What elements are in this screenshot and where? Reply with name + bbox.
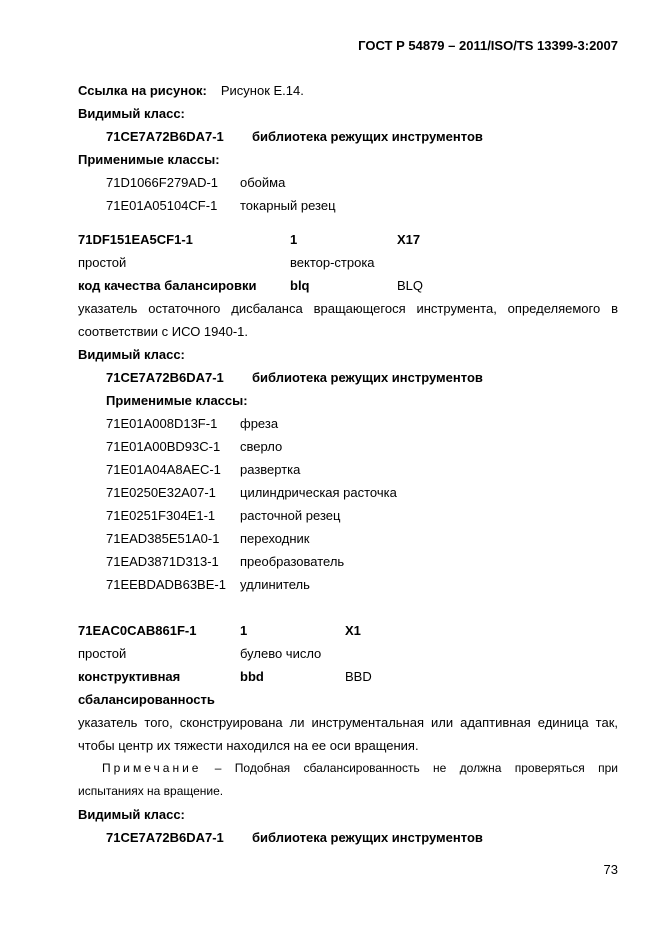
document-content: Ссылка на рисунок:Рисунок Е.14. Видимый … <box>78 79 618 849</box>
class-id: 71CE7A72B6DA7-1 <box>106 125 252 148</box>
applicable-class-row: 71E01A00BD93C-1сверло <box>78 435 618 458</box>
document-page: ГОСТ Р 54879 – 2011/ISO/TS 13399-3:2007 … <box>0 0 662 935</box>
class-name: фреза <box>240 416 278 431</box>
attribute-abbr: blq <box>290 274 397 297</box>
attribute-abbr-upper: BBD <box>345 669 372 684</box>
applicable-class-row: 71E0251F304E1-1расточной резец <box>78 504 618 527</box>
attribute1-description-line1: указатель остаточного дисбаланса вращающ… <box>78 297 618 320</box>
page-number: 73 <box>604 858 618 881</box>
class-id: 71E0250E32A07-1 <box>106 481 240 504</box>
applicable-class-row: 71E01A05104CF-1токарный резец <box>78 194 618 217</box>
note-text: – Подобная сбалансированность не должна … <box>215 761 618 775</box>
visible-class-row: 71CE7A72B6DA7-1библиотека режущих инстру… <box>78 125 618 148</box>
figure-reference-label: Ссылка на рисунок: <box>78 83 207 98</box>
class-name: библиотека режущих инструментов <box>252 370 483 385</box>
class-name: преобразователь <box>240 554 344 569</box>
applicable-classes-label: Применимые классы: <box>78 389 618 412</box>
class-name: библиотека режущих инструментов <box>252 129 483 144</box>
attribute-name-line1: конструктивная <box>78 665 240 688</box>
attribute2-description-line1: указатель того, сконструирована ли инстр… <box>78 711 618 734</box>
attribute2-id-row: 71EAC0CAB861F-11X1 <box>78 619 618 642</box>
applicable-class-row: 71E0250E32A07-1цилиндрическая расточка <box>78 481 618 504</box>
class-name: удлинитель <box>240 577 310 592</box>
attribute1-id-row: 71DF151EA5CF1-11X17 <box>78 228 618 251</box>
class-id: 71EAD385E51A0-1 <box>106 527 240 550</box>
class-id: 71CE7A72B6DA7-1 <box>106 366 252 389</box>
attribute-kind: простой <box>78 251 290 274</box>
attribute-cardinality: 1 <box>240 619 345 642</box>
class-name: токарный резец <box>240 198 336 213</box>
attribute-kind: простой <box>78 642 240 665</box>
applicable-class-row: 71E01A008D13F-1фреза <box>78 412 618 435</box>
applicable-class-row: 71EAD385E51A0-1переходник <box>78 527 618 550</box>
attribute-datatype: вектор-строка <box>290 255 375 270</box>
attribute-code: X1 <box>345 623 361 638</box>
visible-class-label: Видимый класс: <box>78 102 618 125</box>
applicable-class-row: 71EEBDADB63BE-1удлинитель <box>78 573 618 596</box>
attribute-abbr: bbd <box>240 665 345 688</box>
attribute-name: код качества балансировки <box>78 274 290 297</box>
attribute-abbr-upper: BLQ <box>397 278 423 293</box>
attribute2-name-row: конструктивнаяbbdBBD <box>78 665 618 688</box>
class-id: 71EAD3871D313-1 <box>106 550 240 573</box>
applicable-class-row: 71D1066F279AD-1обойма <box>78 171 618 194</box>
figure-reference-value: Рисунок Е.14. <box>221 83 304 98</box>
visible-class-label: Видимый класс: <box>78 343 618 366</box>
class-id: 71D1066F279AD-1 <box>106 171 240 194</box>
figure-reference-line: Ссылка на рисунок:Рисунок Е.14. <box>78 79 618 102</box>
attribute1-type-row: простойвектор-строка <box>78 251 618 274</box>
applicable-classes-label: Применимые классы: <box>78 148 618 171</box>
class-id: 71E0251F304E1-1 <box>106 504 240 527</box>
attribute-id: 71EAC0CAB861F-1 <box>78 619 240 642</box>
visible-class-row: 71CE7A72B6DA7-1библиотека режущих инстру… <box>78 826 618 849</box>
visible-class-row: 71CE7A72B6DA7-1библиотека режущих инстру… <box>78 366 618 389</box>
note-keyword: Примечание <box>102 761 201 775</box>
attribute2-description-line2: чтобы центр их тяжести находился на ее о… <box>78 734 618 757</box>
class-name: сверло <box>240 439 282 454</box>
class-name: обойма <box>240 175 285 190</box>
attribute-cardinality: 1 <box>290 228 397 251</box>
document-header-title: ГОСТ Р 54879 – 2011/ISO/TS 13399-3:2007 <box>78 38 618 54</box>
class-id: 71E01A05104CF-1 <box>106 194 240 217</box>
class-id: 71CE7A72B6DA7-1 <box>106 826 252 849</box>
visible-class-label: Видимый класс: <box>78 803 618 826</box>
class-name: библиотека режущих инструментов <box>252 830 483 845</box>
class-id: 71E01A00BD93C-1 <box>106 435 240 458</box>
class-name: переходник <box>240 531 309 546</box>
attribute-code: X17 <box>397 232 420 247</box>
class-name: расточной резец <box>240 508 340 523</box>
attribute1-description-line2: соответствии с ИСО 1940-1. <box>78 320 618 343</box>
class-id: 71EEBDADB63BE-1 <box>106 573 240 596</box>
note-line1: Примечание – Подобная сбалансированность… <box>78 757 618 780</box>
note-line2: испытаниях на вращение. <box>78 780 618 803</box>
class-name: цилиндрическая расточка <box>240 485 397 500</box>
attribute2-type-row: простойбулево число <box>78 642 618 665</box>
class-id: 71E01A04A8AEC-1 <box>106 458 240 481</box>
attribute-id: 71DF151EA5CF1-1 <box>78 228 290 251</box>
attribute1-name-row: код качества балансировкиblqBLQ <box>78 274 618 297</box>
applicable-class-row: 71E01A04A8AEC-1развертка <box>78 458 618 481</box>
attribute-name-line2: сбалансированность <box>78 688 618 711</box>
attribute-datatype: булево число <box>240 646 321 661</box>
class-id: 71E01A008D13F-1 <box>106 412 240 435</box>
applicable-class-row: 71EAD3871D313-1преобразователь <box>78 550 618 573</box>
class-name: развертка <box>240 462 300 477</box>
